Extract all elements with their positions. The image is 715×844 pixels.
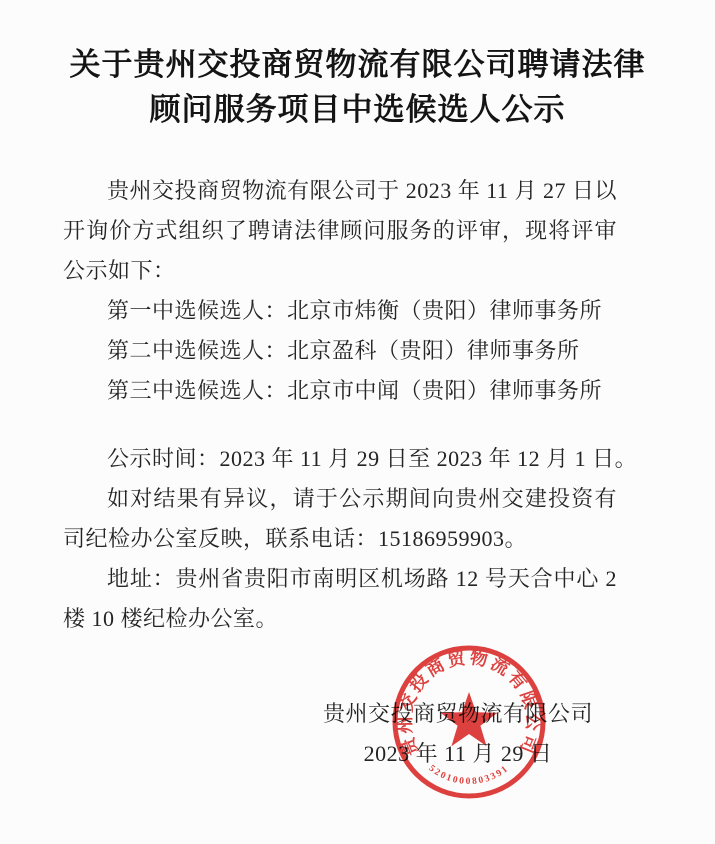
body-line-publicity-period: 公示时间：2023 年 11 月 29 日至 2023 年 12 月 1 日。 [63, 439, 617, 479]
doc-title-line-1: 关于贵州交投商贸物流有限公司聘请法律 [0, 42, 715, 87]
body-line-intro-3: 公示如下： [63, 251, 617, 291]
body-line-intro-1: 贵州交投商贸物流有限公司于 2023 年 11 月 27 日以公 [63, 171, 617, 211]
document-page: 关于贵州交投商贸物流有限公司聘请法律 顾问服务项目中选候选人公示 贵州交投商贸物… [0, 0, 715, 844]
signature-company: 贵州交投商贸物流有限公司 [308, 694, 608, 734]
body-line-objection-1: 如对结果有异议，请于公示期间向贵州交建投资有限公 [63, 479, 617, 519]
signature-date: 2023 年 11 月 29 日 [308, 734, 608, 774]
blank-line [63, 411, 617, 439]
signature-block: 贵州交投商贸物流有限公司 2023 年 11 月 29 日 [308, 694, 608, 774]
doc-title: 关于贵州交投商贸物流有限公司聘请法律 顾问服务项目中选候选人公示 [0, 42, 715, 132]
body-line-objection-2: 司纪检办公室反映，联系电话：15186959903。 [63, 519, 617, 559]
doc-title-line-2: 顾问服务项目中选候选人公示 [0, 87, 715, 132]
body-line-candidate-1: 第一中选候选人：北京市炜衡（贵阳）律师事务所 [63, 291, 617, 331]
body-line-address-2: 楼 10 楼纪检办公室。 [63, 599, 617, 639]
body-line-address-1: 地址：贵州省贵阳市南明区机场路 12 号天合中心 2 号 [63, 559, 617, 599]
body-line-intro-2: 开询价方式组织了聘请法律顾问服务的评审，现将评审结果 [63, 211, 617, 251]
body-line-candidate-2: 第二中选候选人：北京盈科（贵阳）律师事务所 [63, 331, 617, 371]
document-body: 贵州交投商贸物流有限公司于 2023 年 11 月 27 日以公 开询价方式组织… [63, 171, 617, 639]
body-line-candidate-3: 第三中选候选人：北京市中闻（贵阳）律师事务所 [63, 371, 617, 411]
